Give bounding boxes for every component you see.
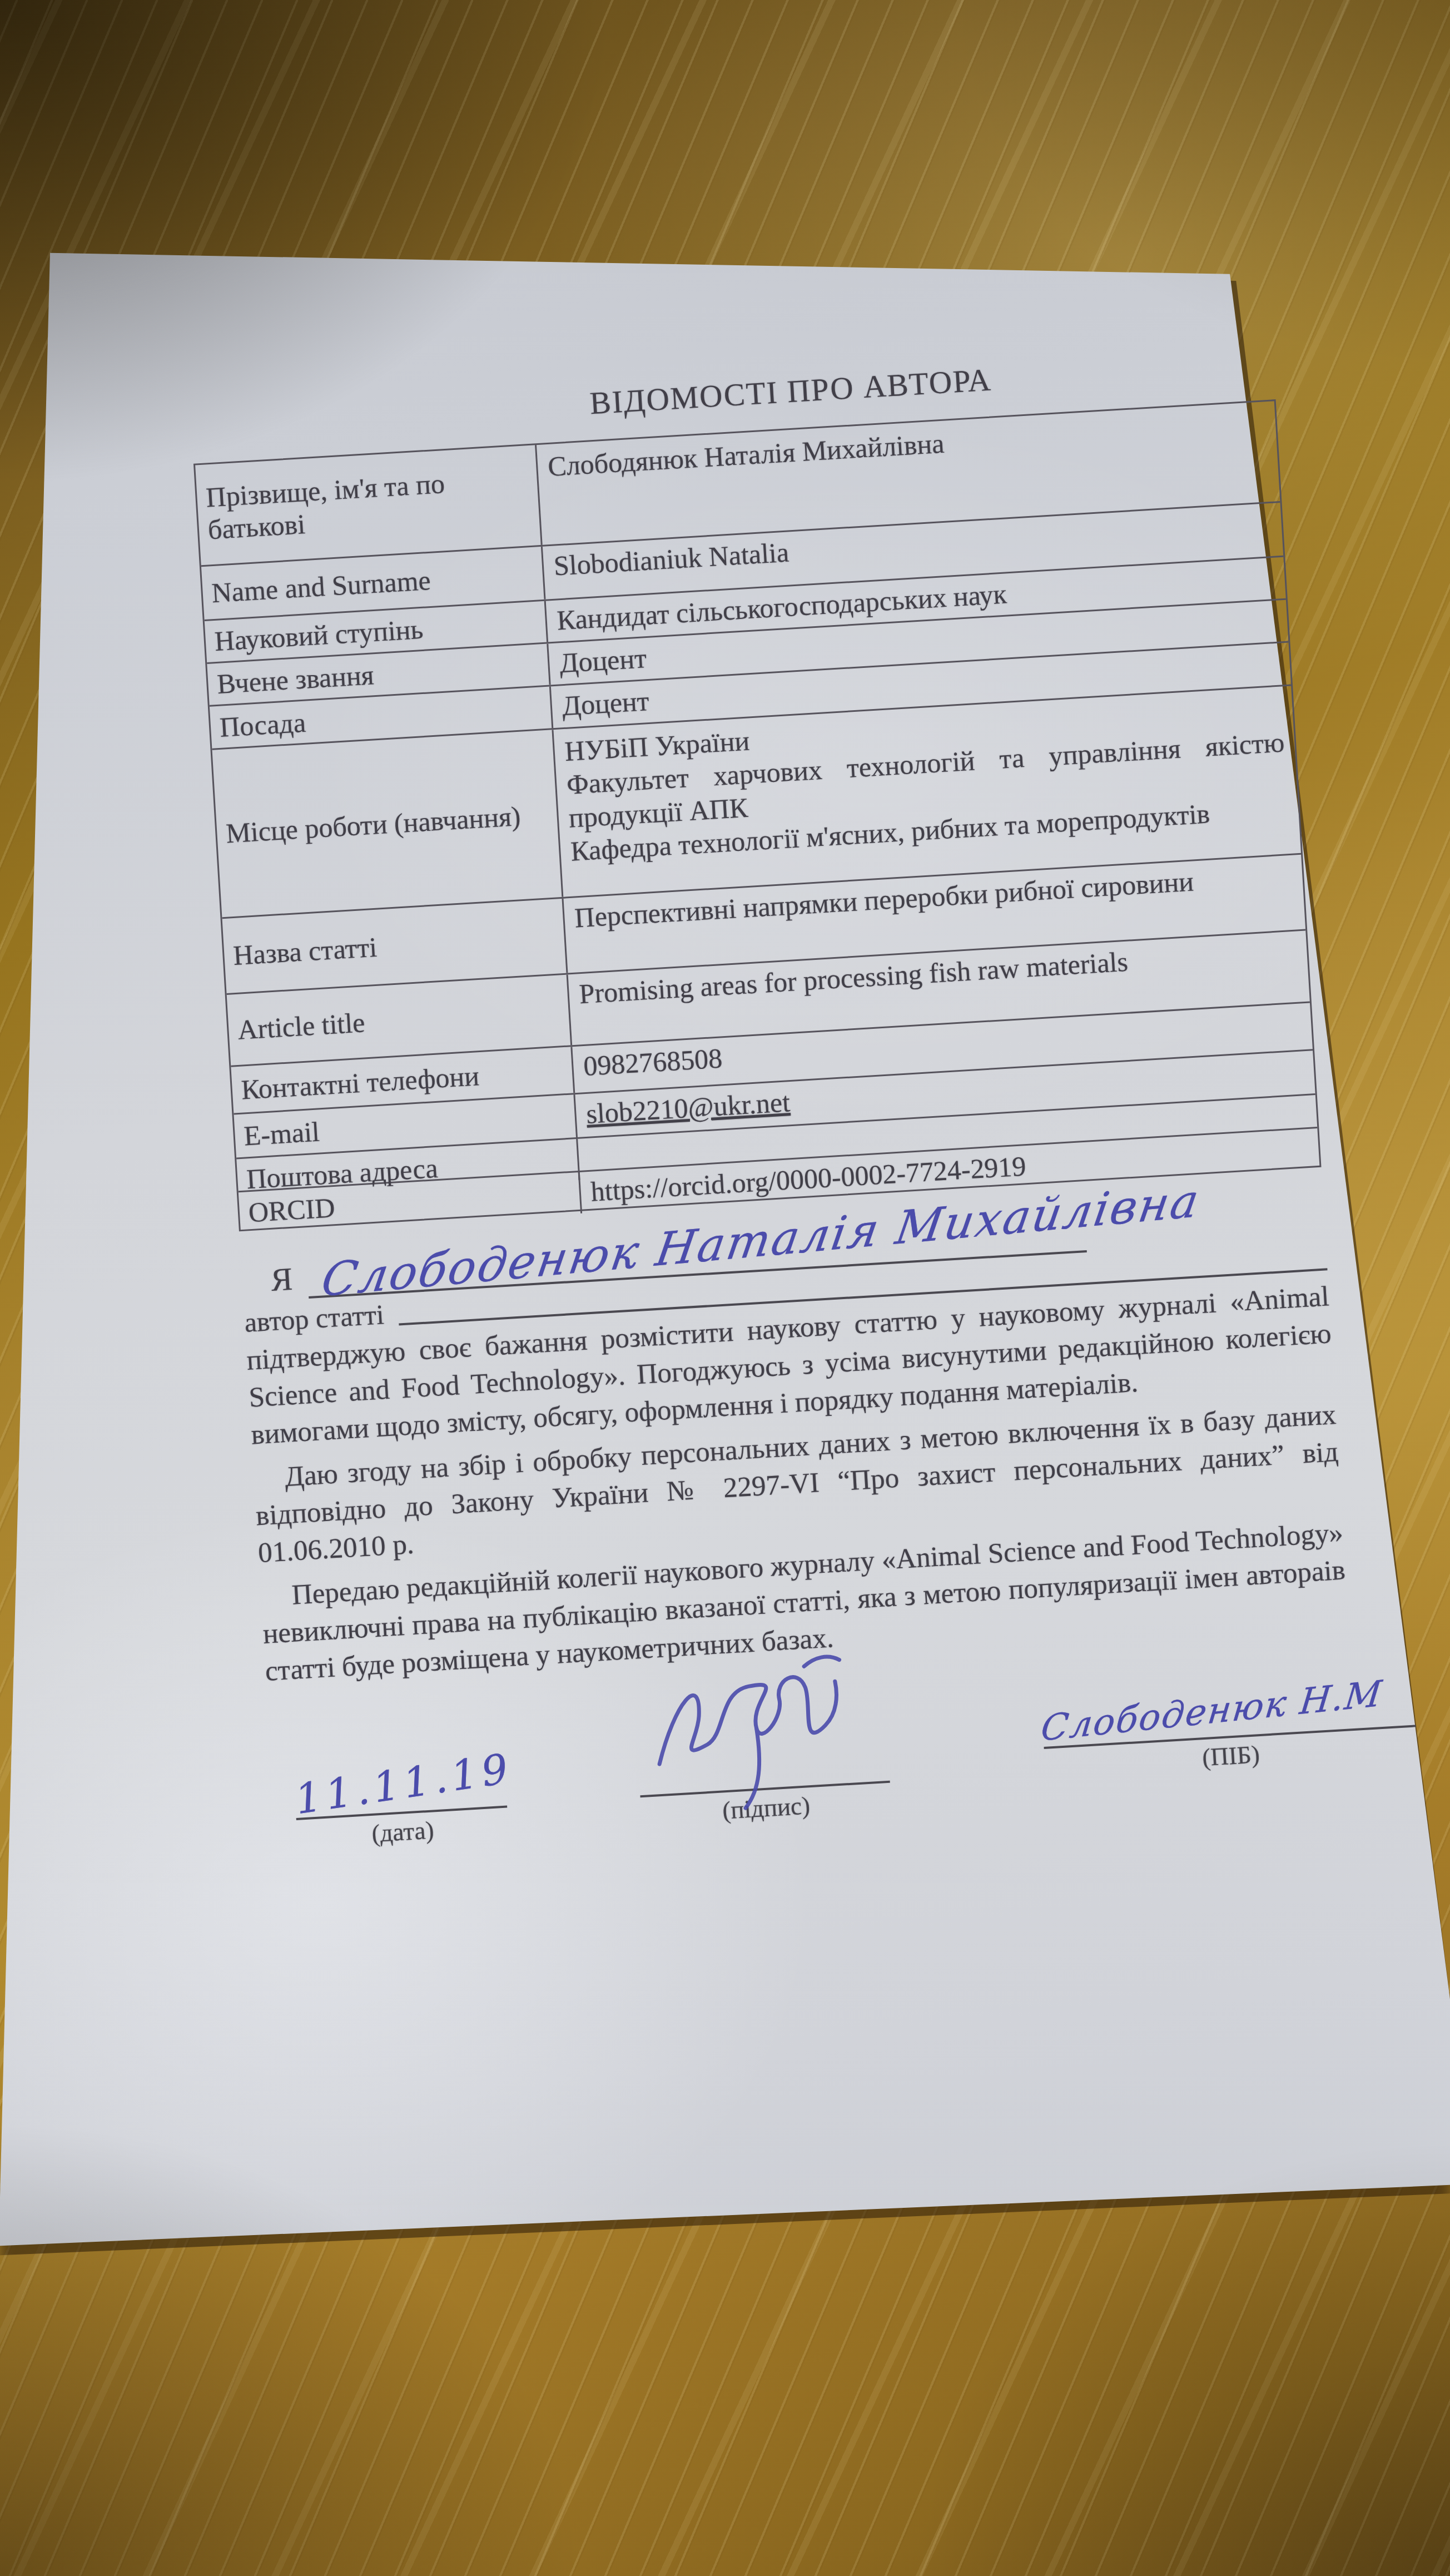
author-info-table: Прізвище, ім'я та по батькові Слободянюк… [193,399,1322,1231]
signature-column: (підпис) [634,1676,892,1830]
author-line-label: автор статті [244,1300,385,1337]
signature-block: 11.11.19 (дата) (підпис) [267,1648,1360,1896]
author-info-form: ВІДОМОСТІ ПРО АВТОРА Прізвище, ім'я та п… [189,325,1365,1971]
handwritten-signature [634,1676,890,1795]
date-column: 11.11.19 (дата) [293,1755,509,1852]
signature-scribble [637,1640,886,1821]
row-label: Прізвище, ім'я та по батькові [195,445,541,565]
pronoun-label: Я [270,1260,294,1299]
row-label: Місце роботи (навчання) [212,730,562,917]
photo-of-document: ВІДОМОСТІ ПРО АВТОРА Прізвище, ім'я та п… [0,0,1450,2576]
